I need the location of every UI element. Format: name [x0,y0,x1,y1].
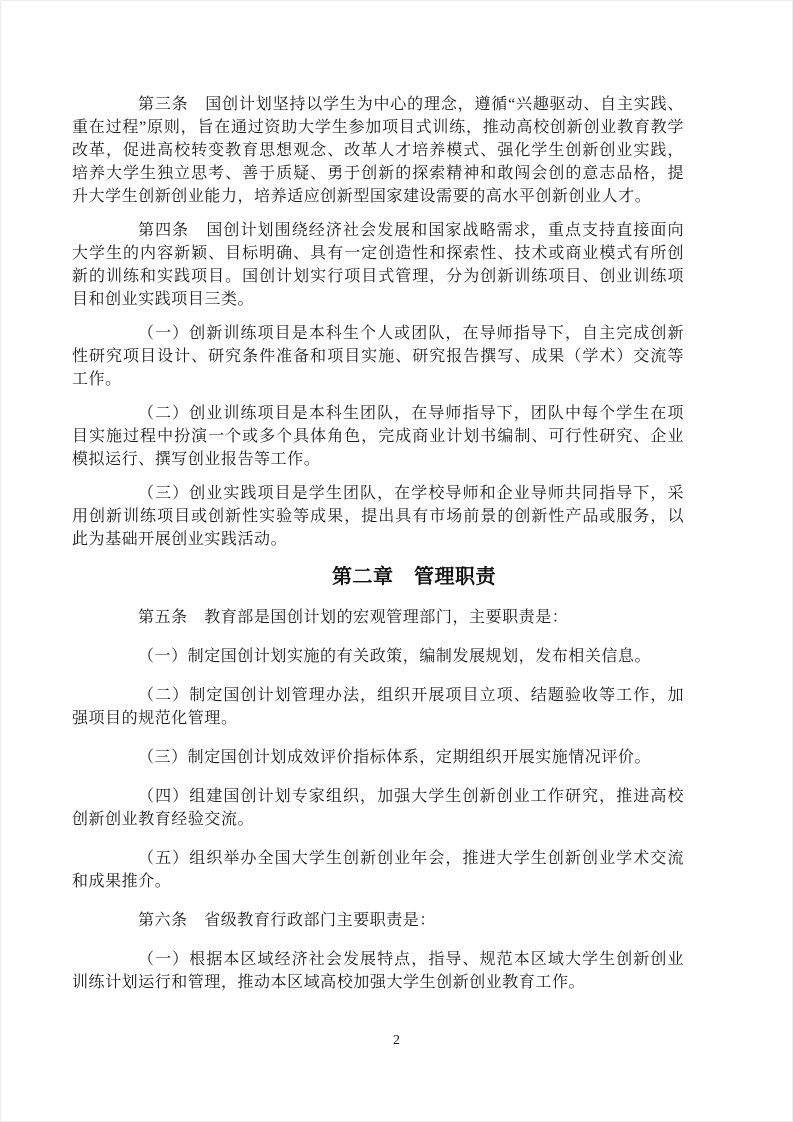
chapter-2-section: 第五条 教育部是国创计划的宏观管理部门，主要职责是： （一）制定国创计划实施的有… [72,606,684,994]
para-article-3: 第三条 国创计划坚持以学生为中心的理念，遵循“兴趣驱动、自主实践、重在过程”原则… [72,93,684,208]
document-content: 第三条 国创计划坚持以学生为中心的理念，遵循“兴趣驱动、自主实践、重在过程”原则… [72,93,684,1010]
para-article-4: 第四条 国创计划围绕经济社会发展和国家战略需求，重点支持直接面向大学生的内容新颖… [72,219,684,311]
document-page: 第三条 国创计划坚持以学生为中心的理念，遵循“兴趣驱动、自主实践、重在过程”原则… [0,0,793,1122]
para-item-1-innovation-training: （一）创新训练项目是本科生个人或团队，在导师指导下，自主完成创新性研究项目设计、… [72,322,684,391]
para-article-5-item-3: （三）制定国创计划成效评价指标体系，定期组织开展实施情况评价。 [72,746,684,769]
para-article-5-item-5: （五）组织举办全国大学生创新创业年会，推进大学生创新创业学术交流和成果推介。 [72,847,684,893]
page-number: 2 [0,1032,793,1050]
para-article-5: 第五条 教育部是国创计划的宏观管理部门，主要职责是： [72,606,684,629]
para-article-6-item-1: （一）根据本区域经济社会发展特点，指导、规范本区域大学生创新创业训练计划运行和管… [72,948,684,994]
chapter-2-heading: 第二章 管理职责 [72,562,684,592]
para-item-2-entrepreneurship-training: （二）创业训练项目是本科生团队，在导师指导下，团队中每个学生在项目实施过程中扮演… [72,402,684,471]
para-item-3-entrepreneurship-practice: （三）创业实践项目是学生团队，在学校导师和企业导师共同指导下，采用创新训练项目或… [72,482,684,551]
para-article-6: 第六条 省级教育行政部门主要职责是： [72,909,684,932]
para-article-5-item-4: （四）组建国创计划专家组织，加强大学生创新创业工作研究，推进高校创新创业教育经验… [72,785,684,831]
para-article-5-item-1: （一）制定国创计划实施的有关政策，编制发展规划，发布相关信息。 [72,645,684,668]
para-article-5-item-2: （二）制定国创计划管理办法，组织开展项目立项、结题验收等工作，加强项目的规范化管… [72,684,684,730]
